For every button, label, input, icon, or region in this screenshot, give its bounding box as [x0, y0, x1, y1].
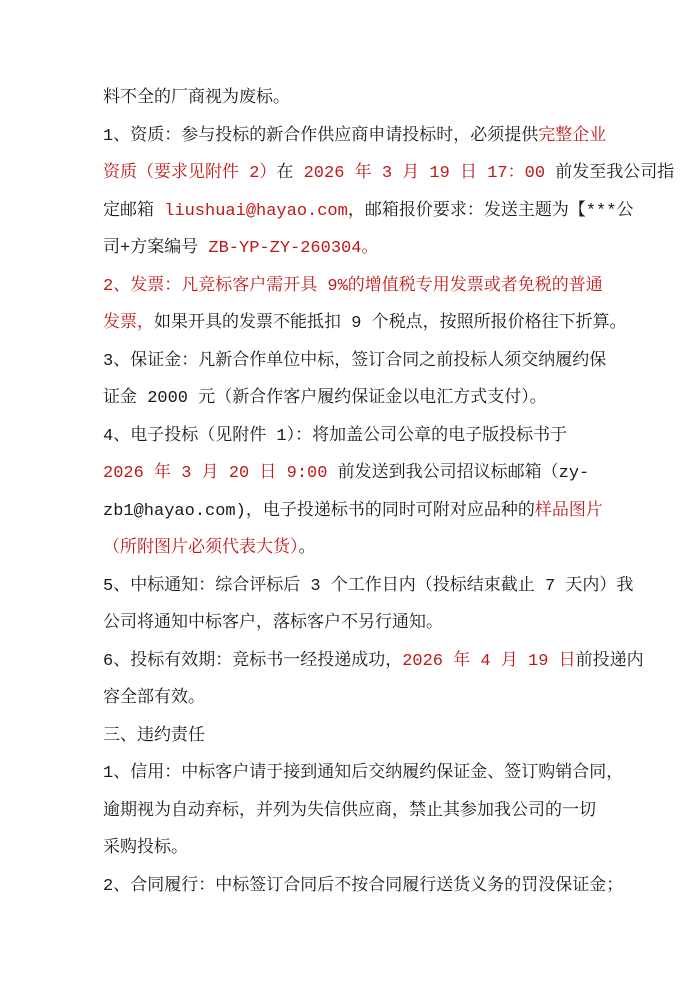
text-line: 逾期视为自动弃标，并列为失信供应商，禁止其参加我公司的一切: [103, 793, 608, 831]
text-line: 2、合同履行：中标签订合同后不按合同履行送货义务的罚没保证金；: [103, 868, 608, 906]
highlighted-text-run: 完整企业: [538, 127, 606, 146]
text-run: 逾期视为自动弃标，并列为失信供应商，禁止其参加我公司的一切: [103, 802, 596, 821]
document-page: { "page": { "background": "#ffffff", "te…: [0, 0, 700, 990]
text-run: 公司将通知中标客户，落标客户不另行通知。: [103, 614, 443, 633]
text-run: 2、合同履行：中标签订合同后不按合同履行送货义务的罚没保证金；: [103, 877, 623, 896]
text-line: 容全部有效。: [103, 680, 608, 718]
text-run: ，邮箱报价要求：发送主题为【***公: [348, 202, 634, 221]
text-line: 2、发票：凡竞标客户需开具 9%的增值税专用发票或者免税的普通: [103, 268, 608, 306]
highlighted-text-run: liushuai@hayao.com: [164, 202, 348, 221]
text-run: 在: [276, 164, 303, 183]
highlighted-text-run: 2026 年 3 月 20 日 9:00: [103, 464, 327, 483]
text-line: 1、资质：参与投标的新合作供应商申请投标时，必须提供完整企业: [103, 118, 608, 156]
highlighted-text-run: 2、发票：凡竞标客户需开具 9%的增值税专用发票或者免税的普通: [103, 277, 603, 296]
text-line: 采购投标。: [103, 830, 608, 868]
text-run: 采购投标。: [103, 839, 188, 858]
text-run: 前投递内: [576, 652, 644, 671]
text-line: 三、违约责任: [103, 718, 608, 756]
document-lines: 料不全的厂商视为废标。1、资质：参与投标的新合作供应商申请投标时，必须提供完整企…: [103, 80, 608, 905]
text-line: 定邮箱 liushuai@hayao.com，邮箱报价要求：发送主题为【***公: [103, 193, 608, 231]
highlighted-text-run: ZB-YP-ZY-260304。: [208, 239, 378, 258]
document-body: 料不全的厂商视为废标。1、资质：参与投标的新合作供应商申请投标时，必须提供完整企…: [103, 80, 608, 905]
text-run: 5、中标通知：综合评标后 3 个工作日内（投标结束截止 7 天内）我: [103, 577, 633, 596]
text-run: 容全部有效。: [103, 689, 205, 708]
text-line: 料不全的厂商视为废标。: [103, 80, 608, 118]
text-run: 1、资质：参与投标的新合作供应商申请投标时，必须提供: [103, 127, 538, 146]
text-run: 。: [299, 539, 316, 558]
highlighted-text-run: （所附图片必须代表大货）: [103, 539, 299, 558]
text-line: 证金 2000 元（新合作客户履约保证金以电汇方式支付）。: [103, 380, 608, 418]
text-run: 前发至我公司指: [545, 164, 674, 183]
highlighted-text-run: 发票，: [103, 314, 154, 333]
text-run: 定邮箱: [103, 202, 164, 221]
text-run: 1、信用：中标客户请于接到通知后交纳履约保证金、签订购销合同，: [103, 764, 623, 783]
highlighted-text-run: 资质（要求见附件 2）: [103, 164, 276, 183]
text-line: 2026 年 3 月 20 日 9:00 前发送到我公司招议标邮箱（zy-: [103, 455, 608, 493]
text-run: 料不全的厂商视为废标。: [103, 89, 290, 108]
text-line: 公司将通知中标客户，落标客户不另行通知。: [103, 605, 608, 643]
text-line: zb1@hayao.com)，电子投递标书的同时可附对应品种的样品图片: [103, 493, 608, 531]
text-line: 资质（要求见附件 2）在 2026 年 3 月 19 日 17：00 前发至我公…: [103, 155, 608, 193]
text-line: 4、电子投标（见附件 1）：将加盖公司公章的电子版投标书于: [103, 418, 608, 456]
highlighted-text-run: 2026 年 4 月 19 日: [402, 652, 575, 671]
text-run: 三、违约责任: [103, 727, 205, 746]
highlighted-text-run: 样品图片: [535, 502, 603, 521]
highlighted-text-run: 2026 年 3 月 19 日 17：00: [304, 164, 545, 183]
text-line: 发票，如果开具的发票不能抵扣 9 个税点，按照所报价格往下折算。: [103, 305, 608, 343]
text-line: 3、保证金：凡新合作单位中标，签订合同之前投标人须交纳履约保: [103, 343, 608, 381]
text-run: 6、投标有效期：竞标书一经投递成功，: [103, 652, 402, 671]
text-line: 司+方案编号 ZB-YP-ZY-260304。: [103, 230, 608, 268]
text-run: 3、保证金：凡新合作单位中标，签订合同之前投标人须交纳履约保: [103, 352, 606, 371]
text-line: （所附图片必须代表大货）。: [103, 530, 608, 568]
text-line: 1、信用：中标客户请于接到通知后交纳履约保证金、签订购销合同，: [103, 755, 608, 793]
text-run: 司+方案编号: [103, 239, 208, 258]
text-run: 如果开具的发票不能抵扣 9 个税点，按照所报价格往下折算。: [154, 314, 627, 333]
text-run: zb1@hayao.com)，电子投递标书的同时可附对应品种的: [103, 502, 535, 521]
text-line: 6、投标有效期：竞标书一经投递成功，2026 年 4 月 19 日前投递内: [103, 643, 608, 681]
text-run: 前发送到我公司招议标邮箱（zy-: [327, 464, 589, 483]
text-line: 5、中标通知：综合评标后 3 个工作日内（投标结束截止 7 天内）我: [103, 568, 608, 606]
text-run: 证金 2000 元（新合作客户履约保证金以电汇方式支付）。: [103, 389, 547, 408]
text-run: 4、电子投标（见附件 1）：将加盖公司公章的电子版投标书于: [103, 427, 567, 446]
